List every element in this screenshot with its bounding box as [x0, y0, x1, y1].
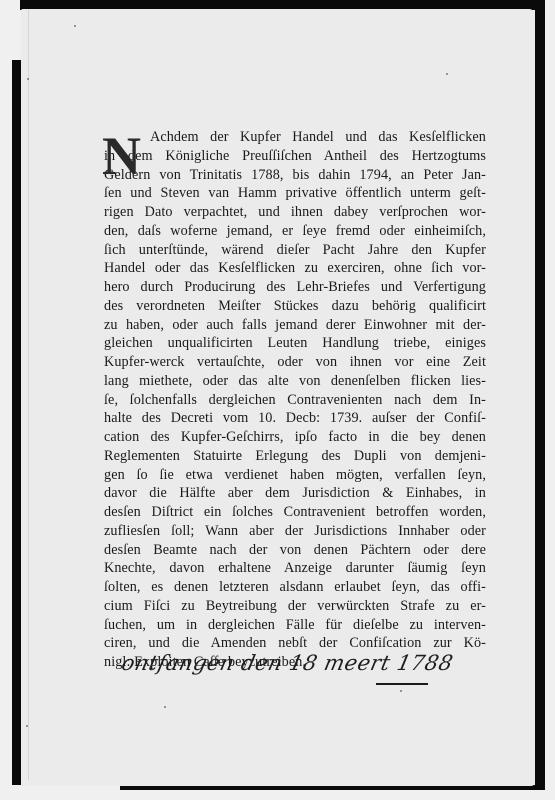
scan-border-left [12, 60, 21, 785]
decree-text: N Achdem der Kupfer Handel und das Kesſe… [104, 128, 486, 672]
text-line: Achdem der Kupfer Handel und das Kesſelf… [104, 128, 486, 147]
year-underline [376, 683, 428, 685]
text-line: cation des Kupfer-Geſchirrs, ipſo facto … [104, 428, 486, 447]
text-line: zufliesſen ſoll; Wann aber der Jurisdict… [104, 522, 486, 541]
text-line: ſe, ſolchenfalls dergleichen Contravenie… [104, 391, 486, 410]
handwritten-year: 1788 [395, 651, 456, 675]
text-line: zu haben, oder auch falls jemand derer E… [104, 316, 486, 335]
text-line: desſen Diſtrict ein ſolches Contravenien… [104, 503, 486, 522]
text-line: ſich unterſtünde, wärend dieſer Pacht Ja… [104, 241, 486, 260]
paper-speck [164, 706, 166, 708]
text-line: halte des Decreti vom 10. Decb: 1739. au… [104, 409, 486, 428]
paper-speck [74, 25, 76, 27]
text-line: den, daſs woferne jemand, er ſeye fremd … [104, 222, 486, 241]
text-line: gen ſo ſie etwa verdienet haben mögten, … [104, 466, 486, 485]
paper-speck [446, 73, 448, 75]
text-line: Handel oder das Kesſelflicken zu exercir… [104, 259, 486, 278]
text-line: desſen Beamte nach der von denen Pächter… [104, 541, 486, 560]
text-line: rigen Dato verpachtet, und ihnen dabey v… [104, 203, 486, 222]
text-line: ſolten, es denen letzteren alsdann erlau… [104, 578, 486, 597]
handwritten-text: ontfangen den 18 meert [119, 651, 392, 675]
page-fold-line [28, 10, 29, 780]
text-line: Reglementen Statuirte Erlegung des Dupli… [104, 447, 486, 466]
paper-speck [27, 78, 29, 80]
text-line: Geldern von Trinitatis 1788, bis dahin 1… [104, 166, 486, 185]
scan-border-right [535, 8, 545, 790]
paper-speck [400, 690, 402, 692]
text-line: in dem Königliche Preuſſiſchen Antheil d… [104, 147, 486, 166]
text-line: Kupfer-werck vertauſchte, oder von ihnen… [104, 353, 486, 372]
text-line: gleichen unqualificirten Leuten Handlung… [104, 334, 486, 353]
paper-speck [26, 725, 28, 727]
text-line: des verordneten Meiſter Stückes dazu beh… [104, 297, 486, 316]
text-line: cium Fiſci zu Beytreibung der verwürckte… [104, 597, 486, 616]
drop-cap-initial: N [102, 134, 141, 178]
text-line: ſen und Steven van Hamm privative öffent… [104, 184, 486, 203]
text-line: lang miethete, oder das alte von denenſe… [104, 372, 486, 391]
text-line: hero durch Producirung des Lehr-Briefes … [104, 278, 486, 297]
text-line: Knechte, davon erhaltene Anzeige darunte… [104, 559, 486, 578]
text-line: davor die Hälfte aber dem Jurisdiction &… [104, 484, 486, 503]
text-line: ſuchen, um in dergleichen Fälle für dieſ… [104, 616, 486, 635]
handwritten-receipt-note: ontfangen den 18 meert 1788 [119, 651, 455, 675]
